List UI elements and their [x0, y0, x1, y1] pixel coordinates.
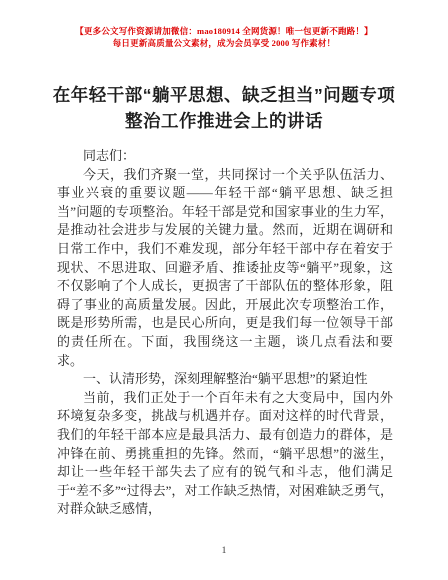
section-heading-1: 一、认清形势，深刻理解整治“躺平思想”的紧迫性 [57, 370, 393, 389]
paragraph-1: 今天，我们齐聚一堂，共同探讨一个关乎队伍活力、事业兴衰的重要议题——年轻干部“躺… [57, 166, 393, 371]
document-title: 在年轻干部“躺平思想、缺乏担当”问题专项 整治工作推进会上的讲话 [20, 82, 428, 134]
title-line1: 在年轻干部“躺平思想、缺乏担当”问题专项 [20, 82, 428, 108]
salutation: 同志们： [57, 147, 393, 166]
page-number: 1 [0, 546, 448, 556]
document-body: 同志们： 今天，我们齐聚一堂，共同探讨一个关乎队伍活力、事业兴衰的重要议题——年… [57, 147, 393, 519]
promo-header: 【更多公文写作资源请加微信：mao180914 全网货源！唯一包更新不跑路！】 … [0, 25, 448, 49]
title-line2: 整治工作推进会上的讲话 [20, 108, 428, 134]
paragraph-2: 当前，我们正处于一个百年未有之大变局中，国内外环境复杂多变，挑战与机遇并存。面对… [57, 389, 393, 519]
promo-line2: 每日更新高质量公文素材，成为会员享受 2000 写作素材！ [0, 37, 448, 49]
document-page: 【更多公文写作资源请加微信：mao180914 全网货源！唯一包更新不跑路！】 … [0, 0, 448, 580]
promo-line1: 【更多公文写作资源请加微信：mao180914 全网货源！唯一包更新不跑路！】 [0, 25, 448, 37]
